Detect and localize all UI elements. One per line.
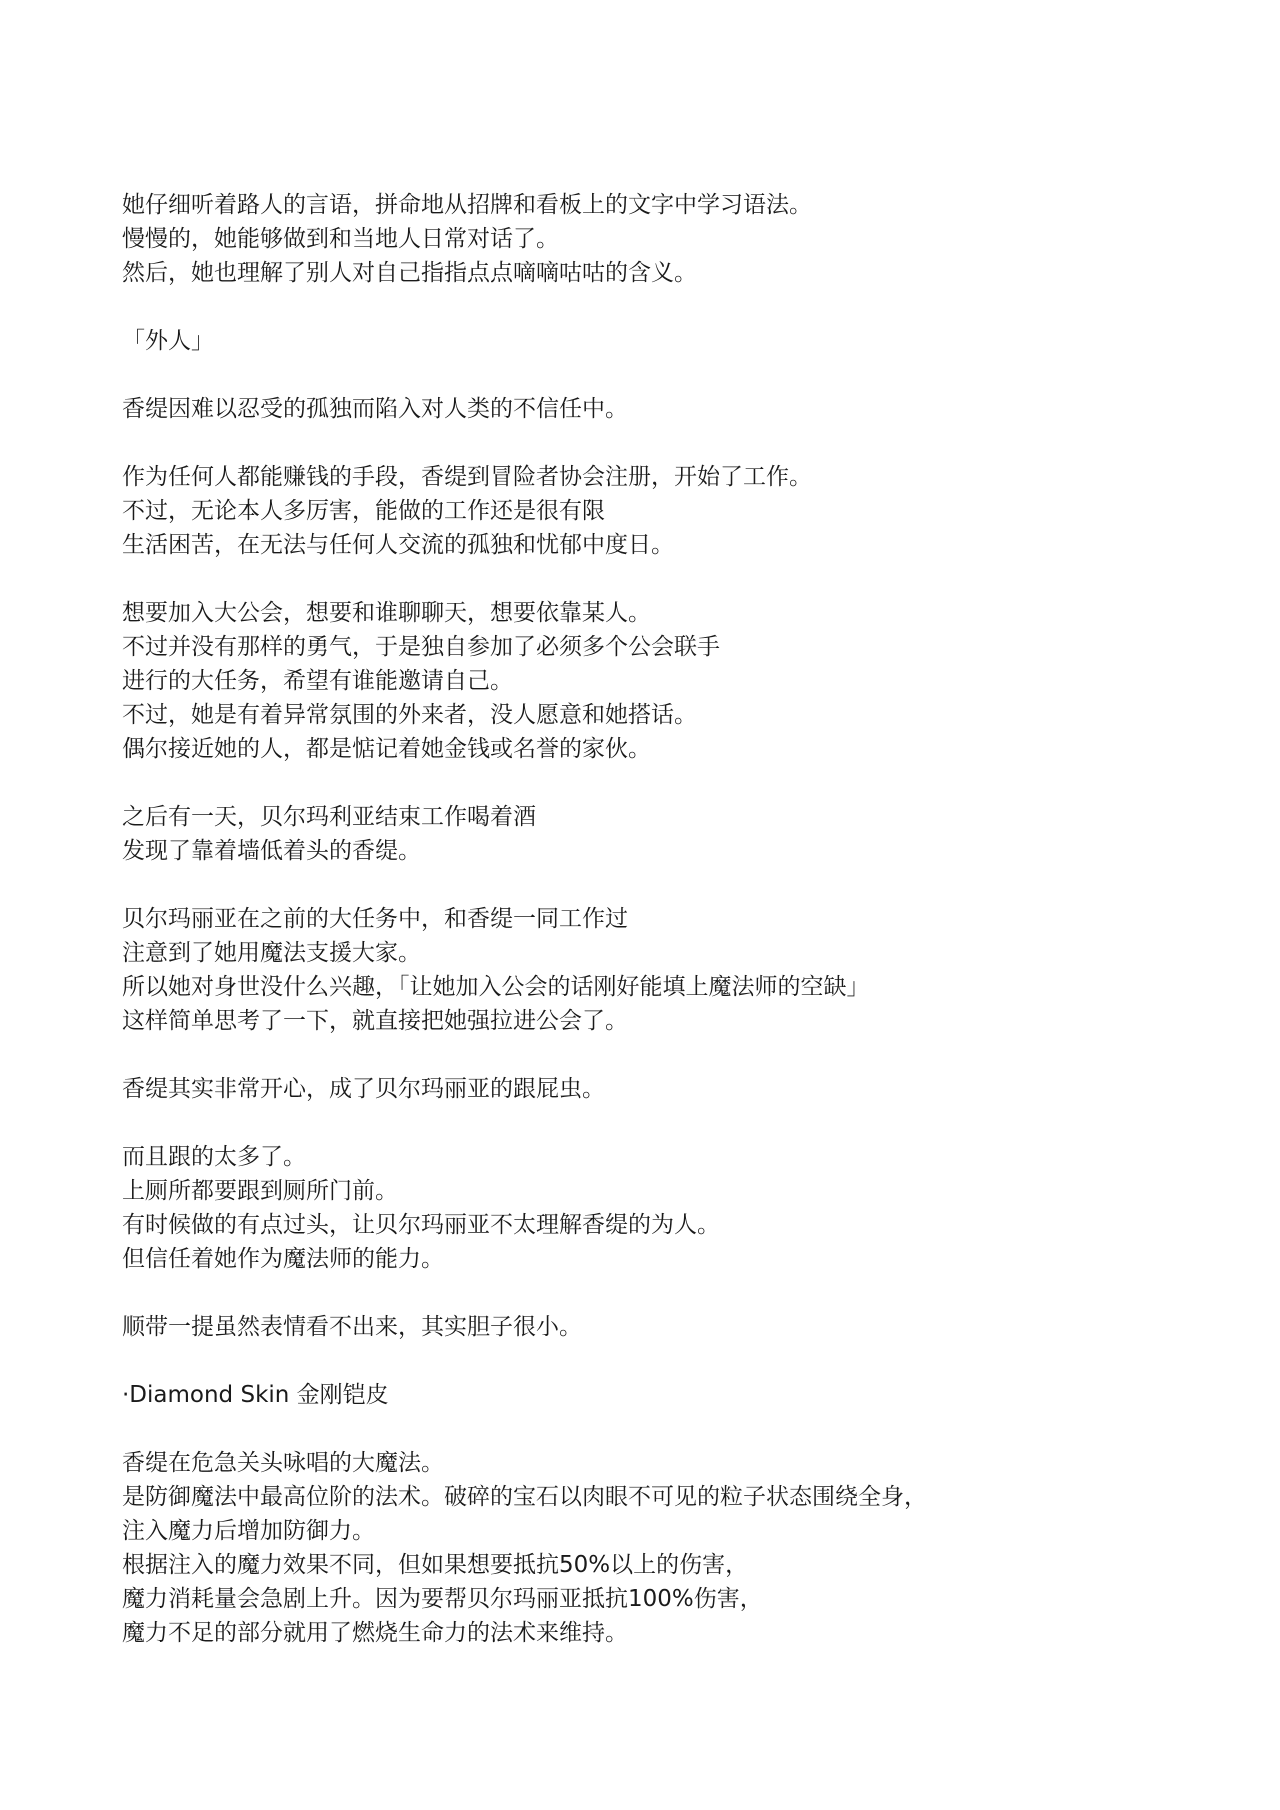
- paragraph-timid: 顺带一提虽然表情看不出来，其实胆子很小。: [122, 1310, 1182, 1344]
- paragraph-discovery: 之后有一天，贝尔玛利亚结束工作喝着酒 发现了靠着墙低着头的香缇。: [122, 800, 1182, 868]
- text-line: 所以她对身世没什么兴趣，「让她加入公会的话刚好能填上魔法师的空缺」: [122, 970, 1182, 1004]
- text-line: 不过并没有那样的勇气，于是独自参加了必须多个公会联手: [122, 630, 1182, 664]
- text-line: 有时候做的有点过头，让贝尔玛丽亚不太理解香缇的为人。: [122, 1208, 1182, 1242]
- text-line: 慢慢的，她能够做到和当地人日常对话了。: [122, 222, 1182, 256]
- paragraph-recruitment: 贝尔玛丽亚在之前的大任务中，和香缇一同工作过 注意到了她用魔法支援大家。 所以她…: [122, 902, 1182, 1038]
- text-line: 不过，无论本人多厉害，能做的工作还是很有限: [122, 494, 1182, 528]
- text-line: 作为任何人都能赚钱的手段，香缇到冒险者协会注册，开始了工作。: [122, 460, 1182, 494]
- paragraph-adventurer-guild: 作为任何人都能赚钱的手段，香缇到冒险者协会注册，开始了工作。 不过，无论本人多厉…: [122, 460, 1182, 562]
- paragraph-distrust: 香缇因难以忍受的孤独而陷入对人类的不信任中。: [122, 392, 1182, 426]
- text-line: 注入魔力后增加防御力。: [122, 1514, 1182, 1548]
- text-line: 根据注入的魔力效果不同，但如果想要抵抗50%以上的伤害，: [122, 1548, 1182, 1582]
- paragraph-big-quest: 想要加入大公会，想要和谁聊聊天，想要依靠某人。 不过并没有那样的勇气，于是独自参…: [122, 596, 1182, 766]
- text-line: 香缇其实非常开心，成了贝尔玛丽亚的跟屁虫。: [122, 1072, 1182, 1106]
- text-line: 而且跟的太多了。: [122, 1140, 1182, 1174]
- text-line: 魔力消耗量会急剧上升。因为要帮贝尔玛丽亚抵抗100%伤害，: [122, 1582, 1182, 1616]
- text-line: 她仔细听着路人的言语，拼命地从招牌和看板上的文字中学习语法。: [122, 188, 1182, 222]
- text-line: 发现了靠着墙低着头的香缇。: [122, 834, 1182, 868]
- text-line: 是防御魔法中最高位阶的法术。破碎的宝石以肉眼不可见的粒子状态围绕全身，: [122, 1480, 1182, 1514]
- section-heading: 「外人」: [122, 324, 1182, 358]
- section-heading-outsider: 「外人」: [122, 324, 1182, 358]
- text-line: 贝尔玛丽亚在之前的大任务中，和香缇一同工作过: [122, 902, 1182, 936]
- text-line: 这样简单思考了一下，就直接把她强拉进公会了。: [122, 1004, 1182, 1038]
- section-heading: ·Diamond Skin 金刚铠皮: [122, 1378, 1182, 1412]
- document-page: 她仔细听着路人的言语，拼命地从招牌和看板上的文字中学习语法。 慢慢的，她能够做到…: [122, 188, 1182, 1684]
- text-line: 生活困苦，在无法与任何人交流的孤独和忧郁中度日。: [122, 528, 1182, 562]
- paragraph-learning-language: 她仔细听着路人的言语，拼命地从招牌和看板上的文字中学习语法。 慢慢的，她能够做到…: [122, 188, 1182, 290]
- text-line: 之后有一天，贝尔玛利亚结束工作喝着酒: [122, 800, 1182, 834]
- paragraph-follower: 而且跟的太多了。 上厕所都要跟到厕所门前。 有时候做的有点过头，让贝尔玛丽亚不太…: [122, 1140, 1182, 1276]
- text-line: 香缇因难以忍受的孤独而陷入对人类的不信任中。: [122, 392, 1182, 426]
- text-line: 香缇在危急关头咏唱的大魔法。: [122, 1446, 1182, 1480]
- text-line: 魔力不足的部分就用了燃烧生命力的法术来维持。: [122, 1616, 1182, 1650]
- paragraph-diamond-skin-description: 香缇在危急关头咏唱的大魔法。 是防御魔法中最高位阶的法术。破碎的宝石以肉眼不可见…: [122, 1446, 1182, 1650]
- text-line: 上厕所都要跟到厕所门前。: [122, 1174, 1182, 1208]
- text-line: 注意到了她用魔法支援大家。: [122, 936, 1182, 970]
- text-line: 不过，她是有着异常氛围的外来者，没人愿意和她搭话。: [122, 698, 1182, 732]
- text-line: 想要加入大公会，想要和谁聊聊天，想要依靠某人。: [122, 596, 1182, 630]
- text-line: 但信任着她作为魔法师的能力。: [122, 1242, 1182, 1276]
- text-line: 顺带一提虽然表情看不出来，其实胆子很小。: [122, 1310, 1182, 1344]
- text-line: 然后，她也理解了别人对自己指指点点嘀嘀咕咕的含义。: [122, 256, 1182, 290]
- section-heading-diamond-skin: ·Diamond Skin 金刚铠皮: [122, 1378, 1182, 1412]
- paragraph-happy: 香缇其实非常开心，成了贝尔玛丽亚的跟屁虫。: [122, 1072, 1182, 1106]
- text-line: 偶尔接近她的人，都是惦记着她金钱或名誉的家伙。: [122, 732, 1182, 766]
- text-line: 进行的大任务，希望有谁能邀请自己。: [122, 664, 1182, 698]
